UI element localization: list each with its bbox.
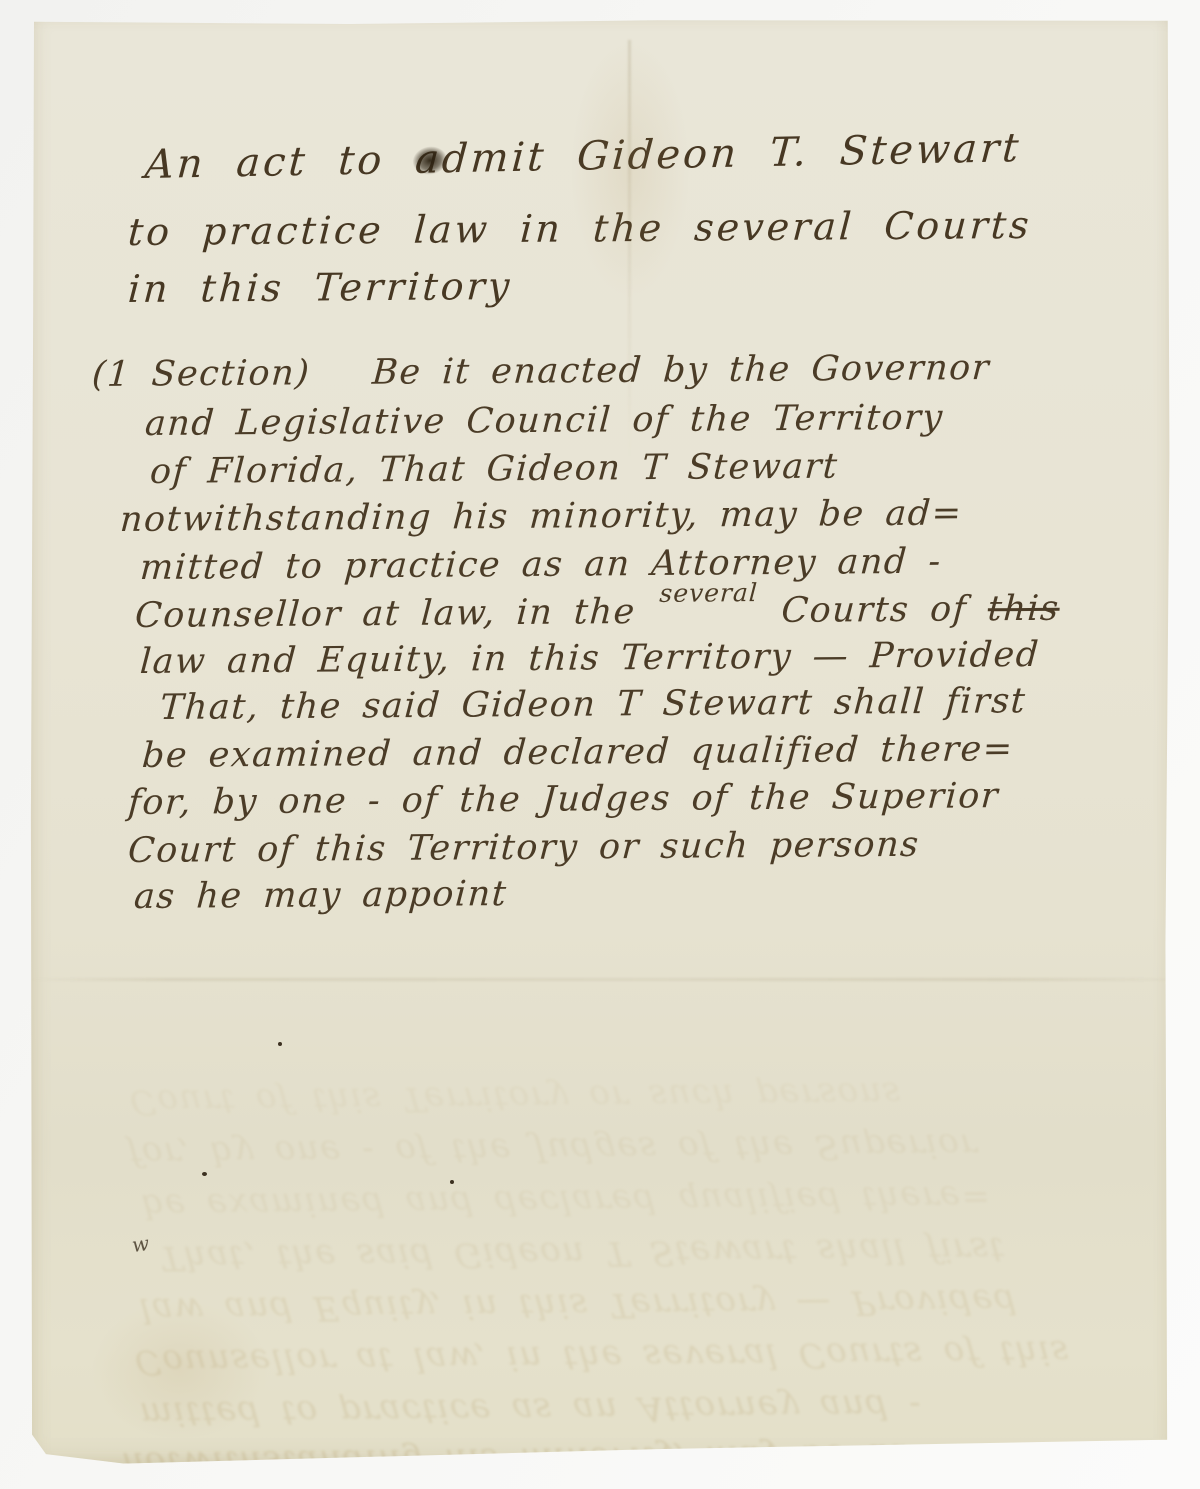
body-line-9: be examined and declared qualified there… (141, 729, 1015, 776)
bleedthrough-line-5: law and Equity, in this Territory — Prov… (138, 1281, 1019, 1330)
paper-stain (90, 1300, 270, 1440)
bleedthrough-line-4: That, the said Gideon T Stewart shall fi… (158, 1229, 1006, 1278)
bleedthrough-line-2: for, by one - of the Judges of the Super… (126, 1125, 979, 1174)
paper-stain (570, 40, 690, 300)
title-text: An act to (143, 137, 416, 188)
ink-speck (202, 1172, 207, 1176)
bleedthrough-line-3: be examined and declared qualified there… (140, 1177, 993, 1226)
body-line-6: Counsellor at law, in the several Courts… (134, 589, 1061, 636)
bleedthrough-line-8: notwithstanding his minority, may be ad= (120, 1435, 944, 1484)
struck-word-this: this (987, 589, 1061, 630)
body-line-12: as he may appoint (133, 874, 509, 917)
body-line-5: mitted to practice as an Attorney and - (139, 542, 943, 588)
body-line-4: notwithstanding his minority, may be ad= (119, 493, 964, 540)
ink-speck (450, 1180, 454, 1184)
body-text: Counsellor at law, in the (134, 592, 658, 636)
manuscript-page: An act to admit Gideon T. Stewart to pra… (30, 20, 1170, 1465)
body-line-1: (1 Section) Be it enacted by the Governo… (91, 348, 992, 395)
horizontal-fold-crease (30, 978, 1170, 981)
bleedthrough-line-6: Counsellor at law, in the several Courts… (133, 1332, 1071, 1382)
ink-blot-over-word: admit (414, 134, 548, 183)
bleedthrough-line-1: Court of this Territory or such persons (128, 1074, 903, 1122)
title-line-3: in this Territory (127, 264, 514, 311)
photo-background: An act to admit Gideon T. Stewart to pra… (0, 0, 1200, 1489)
body-line-8: That, the said Gideon T Stewart shall fi… (159, 681, 1028, 728)
body-line-3: of Florida, That Gideon T Stewart (149, 447, 840, 492)
body-line-7: law and Equity, in this Territory — Prov… (139, 635, 1041, 682)
inserted-word-several: several (659, 578, 759, 608)
stray-pen-mark: w (130, 1231, 150, 1257)
ink-speck (278, 1042, 282, 1046)
body-text: Courts of (760, 589, 990, 631)
body-line-10: for, by one - of the Judges of the Super… (127, 776, 1001, 823)
body-line-11: Court of this Territory or such persons (127, 825, 921, 871)
body-line-2: and Legislative Council of the Territory (144, 398, 945, 444)
